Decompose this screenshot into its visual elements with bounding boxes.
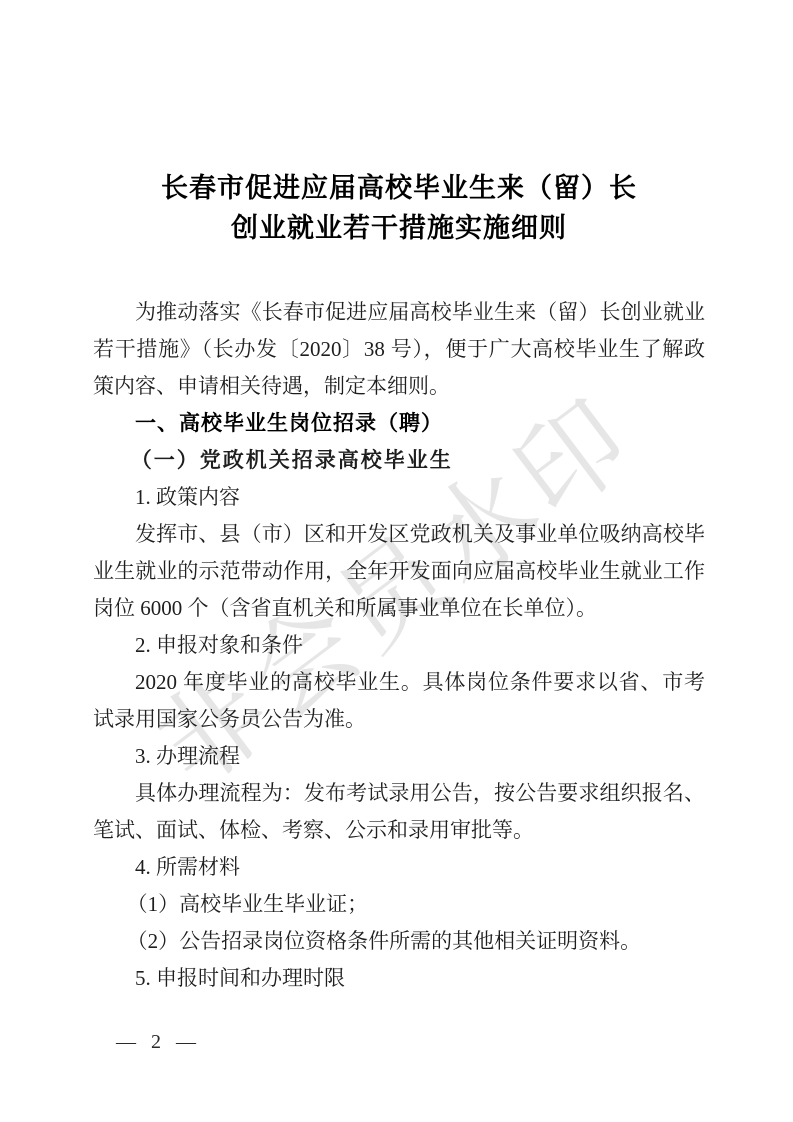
- document-body: 为推动落实《长春市促进应届高校毕业生来（留）长创业就业若干措施》（长办发〔202…: [93, 294, 705, 997]
- item-4-materials: 4. 所需材料: [93, 849, 705, 886]
- document-title-line-1: 长春市促进应届高校毕业生来（留）长: [93, 168, 705, 208]
- item-3-procedure: 3. 办理流程: [93, 738, 705, 775]
- page-number: — 2 —: [116, 1031, 201, 1054]
- item-2-applicants: 2. 申报对象和条件: [93, 627, 705, 664]
- document-title-line-2: 创业就业若干措施实施细则: [93, 208, 705, 248]
- intro-paragraph: 为推动落实《长春市促进应届高校毕业生来（留）长创业就业若干措施》（长办发〔202…: [93, 294, 705, 405]
- item-1-policy-content: 1. 政策内容: [93, 479, 705, 516]
- material-item-2: （2）公告招录岗位资格条件所需的其他相关证明资料。: [93, 923, 705, 960]
- procedure-paragraph: 具体办理流程为：发布考试录用公告，按公告要求组织报名、笔试、面试、体检、考察、公…: [93, 775, 705, 849]
- subsection-heading-1-1: （一）党政机关招录高校毕业生: [93, 442, 705, 479]
- document-title: 长春市促进应届高校毕业生来（留）长 创业就业若干措施实施细则: [93, 168, 705, 248]
- document-page: 非会员水印 长春市促进应届高校毕业生来（留）长 创业就业若干措施实施细则 为推动…: [0, 0, 793, 1122]
- applicants-paragraph: 2020 年度毕业的高校毕业生。具体岗位条件要求以省、市考试录用国家公务员公告为…: [93, 664, 705, 738]
- document-content: 长春市促进应届高校毕业生来（留）长 创业就业若干措施实施细则 为推动落实《长春市…: [93, 168, 705, 997]
- policy-content-paragraph: 发挥市、县（市）区和开发区党政机关及事业单位吸纳高校毕业生就业的示范带动作用，全…: [93, 516, 705, 627]
- section-heading-1: 一、高校毕业生岗位招录（聘）: [93, 405, 705, 442]
- item-5-time-limit: 5. 申报时间和办理时限: [93, 960, 705, 997]
- material-item-1: （1）高校毕业生毕业证；: [93, 886, 705, 923]
